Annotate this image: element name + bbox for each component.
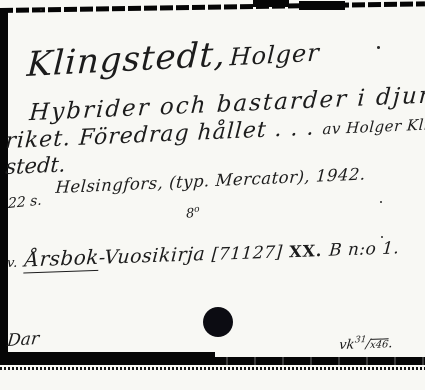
scan-speck [377, 46, 380, 49]
scan-edge-bottom-bar-right [200, 357, 425, 365]
author-heading: Klingstedt,Holger [26, 33, 321, 82]
scan-edge-top-dash [299, 1, 345, 10]
scan-speck [40, 9, 42, 11]
punch-hole [203, 307, 233, 337]
author-forename: Holger [229, 39, 320, 72]
date-day: 31 [354, 335, 367, 345]
format-ordinal: o [194, 205, 200, 215]
series-title-finnish: Vuosikirja [104, 243, 206, 269]
librarian-initials-mark: Dar [6, 331, 40, 350]
date-check-note: vk31/x46. [338, 335, 393, 352]
series-issue: B n:o 1. [328, 238, 400, 261]
reference-line: v. Årsbok-Vuosikirja [71127] XX. B n:o 1… [7, 236, 401, 271]
reference-prefix: v. [7, 256, 19, 271]
title-line-2-author-note: av Holger Kling [322, 115, 425, 139]
series-volume: XX. [288, 241, 323, 261]
scan-speck [380, 201, 382, 203]
extent-note: 22 s. [8, 193, 42, 211]
scan-edge-left-strip [0, 10, 8, 362]
scan-edge-bottom-dotted-line [0, 367, 425, 370]
author-surname: Klingstedt, [26, 34, 227, 85]
checker-initials: vk [338, 337, 355, 353]
format-notation: 8o [186, 206, 200, 221]
imprint-line: Helsingfors, (typ. Mercator), 1942. [55, 166, 366, 196]
title-line-3: stedt. [5, 154, 66, 178]
scan-edge-bottom-bar [0, 352, 215, 365]
series-title-swedish: Årsbok [24, 245, 100, 274]
scan-edge-top-dash [253, 0, 289, 7]
shelfmark: [71127] [211, 242, 283, 265]
scan-edge-top-strip [0, 1, 425, 13]
catalog-card-scan: Klingstedt,Holger Hybrider och bastarder… [0, 0, 425, 390]
date-month-year: x46 [369, 338, 389, 351]
date-period: . [388, 336, 394, 351]
